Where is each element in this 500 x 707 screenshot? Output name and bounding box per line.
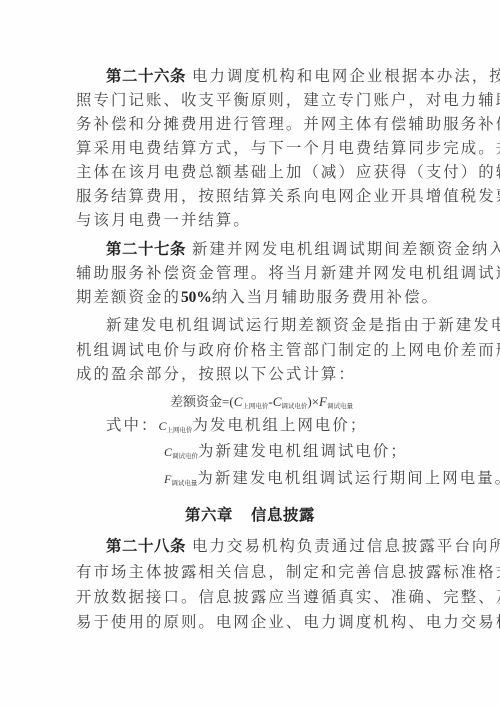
formula-times: )× [307, 394, 319, 409]
article-28-line-3: 开放数据接口。信息披露应当遵循真实、准确、完整、及时、 [76, 587, 428, 607]
definition-var-3: F调试电量 [164, 472, 197, 486]
article-28-text-1: 电力交易机构负责通过信息披露平台向所 [192, 537, 500, 555]
article-27-label: 第二十七条 [106, 240, 186, 258]
article-28-line-1: 第二十八条电力交易机构负责通过信息披露平台向所 [106, 536, 428, 556]
article-27-para2-line-2: 机组调试电价与政府价格主管部门制定的上网电价差而形 [76, 340, 428, 360]
definition-var-1: C上网电价 [158, 419, 192, 433]
definition-3: F调试电量为新建发电机组调试运行期间上网电量。 [164, 468, 500, 488]
article-26-line-4: 算采用电费结算方式，与下一个月电费结算同步完成。并网 [76, 138, 428, 158]
article-27-line-2: 辅助服务补偿资金管理。将当月新建并网发电机组调试运行 [76, 263, 428, 283]
chapter-title: 信息披露 [251, 506, 315, 524]
article-26-line-5: 主体在该月电费总额基础上加（减）应获得（支付）的辅助 [76, 162, 428, 182]
formula-eq: =( [222, 394, 234, 409]
formula-sub-c1: 上网电价 [242, 403, 268, 410]
article-27-line-1: 第二十七条新建并网发电机组调试期间差额资金纳入 [106, 239, 428, 259]
definition-1: 式中：C上网电价为发电机组上网电价； [106, 415, 428, 435]
article-28-label: 第二十八条 [106, 537, 186, 555]
formula-var-f: F [319, 394, 327, 409]
definition-prefix: 式中： [106, 416, 158, 434]
article-26-line-6: 服务结算费用，按照结算关系向电网企业开具增值税发票， [76, 186, 428, 206]
formula-sub-c2: 调试电价 [281, 403, 307, 410]
definition-var-1-symbol: C [158, 419, 166, 433]
difference-fund-formula: 差额资金=(C上网电价-C调试电价)×F调试电量 [170, 391, 353, 410]
article-27-text-1: 新建并网发电机组调试期间差额资金纳入 [192, 240, 500, 258]
definition-var-1-sub: 上网电价 [167, 427, 193, 434]
formula-sub-f: 调试电量 [327, 403, 353, 410]
definition-text-3: 为新建发电机组调试运行期间上网电量。 [197, 469, 500, 487]
chapter-heading: 第六章信息披露 [0, 505, 500, 525]
article-27-para2-line-1: 新建发电机组调试运行期差额资金是指由于新建发电 [106, 315, 428, 335]
definition-var-2-symbol: C [164, 445, 172, 459]
article-26-label: 第二十六条 [106, 67, 186, 85]
article-26-line-1: 第二十六条电力调度机构和电网企业根据本办法，按 [106, 66, 428, 86]
definition-var-2-sub: 调试电价 [172, 453, 198, 460]
article-26-line-2: 照专门记账、收支平衡原则，建立专门账户，对电力辅助服 [76, 90, 428, 110]
article-28-line-2: 有市场主体披露相关信息，制定和完善信息披露标准格式， [76, 562, 428, 582]
article-27-line-3: 期差额资金的50%纳入当月辅助服务费用补偿。 [76, 287, 428, 307]
article-26-line-3: 务补偿和分摊费用进行管理。并网主体有偿辅助服务补偿结 [76, 114, 428, 134]
definition-2: C调试电价为新建发电机组调试电价； [164, 441, 500, 461]
article-27-text-3a: 期差额资金的 [76, 288, 181, 306]
article-26-text-1: 电力调度机构和电网企业根据本办法，按 [192, 67, 500, 85]
article-26-line-7: 与该月电费一并结算。 [76, 210, 428, 230]
definition-var-3-sub: 调试电量 [171, 480, 197, 487]
definition-text-2: 为新建发电机组调试电价； [198, 442, 408, 460]
article-28-line-4: 易于使用的原则。电网企业、电力调度机构、电力交易机构 [76, 612, 428, 632]
percent-value: 50% [181, 289, 212, 306]
formula-lhs: 差额资金 [170, 394, 222, 409]
document-page: 第二十六条电力调度机构和电网企业根据本办法，按 照专门记账、收支平衡原则，建立专… [0, 0, 500, 707]
article-27-text-3b: 纳入当月辅助服务费用补偿。 [212, 288, 439, 306]
definition-var-2: C调试电价 [164, 445, 198, 459]
chapter-number: 第六章 [185, 506, 233, 524]
definition-text-1: 为发电机组上网电价； [193, 416, 368, 434]
article-27-para2-line-3: 成的盈余部分，按照以下公式计算： [76, 364, 428, 384]
